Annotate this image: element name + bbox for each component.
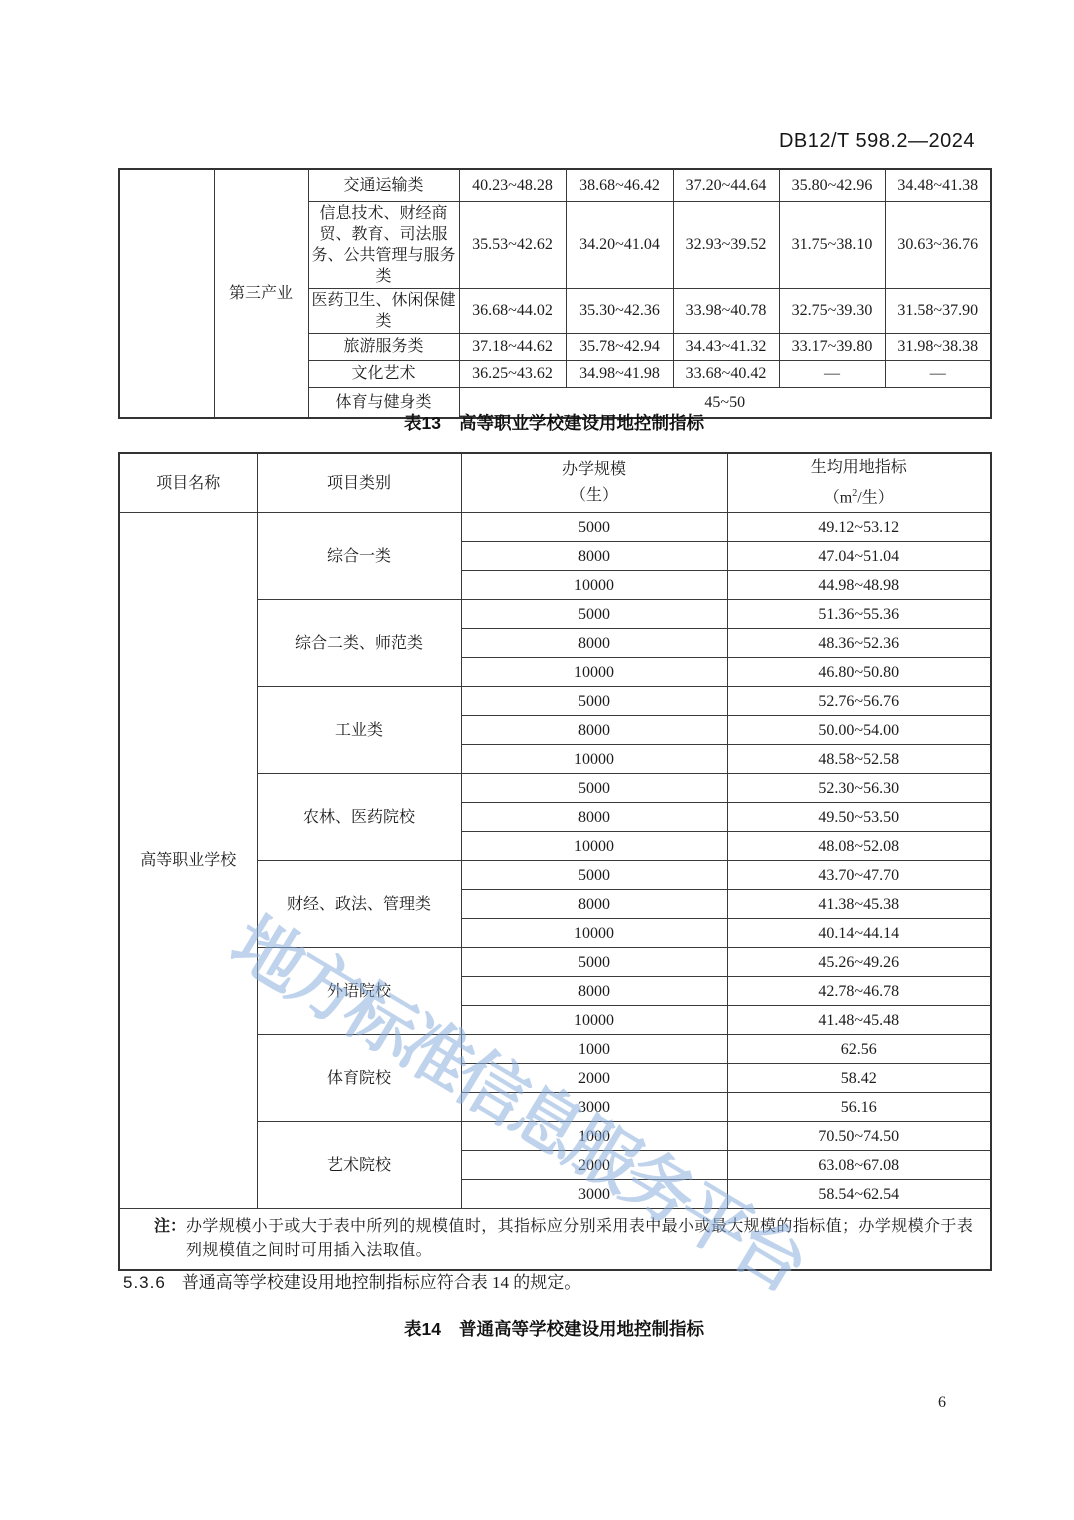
scale-cell: 8000 [461,890,727,919]
table-row: 高等职业学校综合一类500049.12~53.12 [119,513,991,542]
scale-cell: 8000 [461,629,727,658]
scale-cell: 8000 [461,542,727,571]
value-cell: 36.25~43.62 [459,360,566,387]
header-land-per-student: 生均用地指标 （m2/生） [727,453,991,513]
document-code-header: DB12/T 598.2—2024 [779,130,975,153]
value-cell: 35.78~42.94 [566,333,673,360]
value-cell: 32.75~39.30 [779,288,885,333]
category-cell: 外语院校 [257,948,461,1035]
value-cell: 31.98~38.38 [885,333,991,360]
indicator-cell: 70.50~74.50 [727,1122,991,1151]
header-project-type: 项目类别 [257,453,461,513]
indicator-cell: 41.38~45.38 [727,890,991,919]
scale-cell: 10000 [461,745,727,774]
value-cell: 34.98~41.98 [566,360,673,387]
value-cell: 35.30~42.36 [566,288,673,333]
indicator-cell: 52.76~56.76 [727,687,991,716]
value-cell: 36.68~44.02 [459,288,566,333]
indicator-cell: 48.08~52.08 [727,832,991,861]
category-cell: 文化艺术 [308,360,459,387]
indicator-cell: 41.48~45.48 [727,1006,991,1035]
indicator-cell: 63.08~67.08 [727,1151,991,1180]
header-project-name: 项目名称 [119,453,257,513]
indicator-cell: 43.70~47.70 [727,861,991,890]
scale-cell: 10000 [461,832,727,861]
value-cell: 33.17~39.80 [779,333,885,360]
scale-cell: 3000 [461,1093,727,1122]
category-cell: 财经、政法、管理类 [257,861,461,948]
indicator-cell: 42.78~46.78 [727,977,991,1006]
value-cell: 33.98~40.78 [673,288,779,333]
category-cell: 综合二类、师范类 [257,600,461,687]
category-cell: 旅游服务类 [308,333,459,360]
indicator-cell: 46.80~50.80 [727,658,991,687]
scale-cell: 1000 [461,1035,727,1064]
page-number: 6 [938,1394,946,1412]
value-cell: 35.53~42.62 [459,201,566,288]
indicator-cell: 50.00~54.00 [727,716,991,745]
value-cell: 31.75~38.10 [779,201,885,288]
table13-header-row: 项目名称 项目类别 办学规模 （生） 生均用地指标 （m2/生） [119,453,991,513]
category-cell: 工业类 [257,687,461,774]
table13-higher-vocational-land-indicators: 项目名称 项目类别 办学规模 （生） 生均用地指标 （m2/生） 高等职业学校综… [118,452,992,1271]
note-line-2: 列规模值之间时可用插入法取值。 [186,1239,984,1263]
category-cell: 综合一类 [257,513,461,600]
scale-cell: 8000 [461,716,727,745]
indicator-cell: 51.36~55.36 [727,600,991,629]
value-cell: 31.58~37.90 [885,288,991,333]
note-label: 注： [154,1215,186,1239]
value-cell: 35.80~42.96 [779,169,885,201]
scale-cell: 10000 [461,658,727,687]
indicator-cell: 40.14~44.14 [727,919,991,948]
project-name-cell: 高等职业学校 [119,513,257,1209]
category-cell: 医药卫生、休闲保健类 [308,288,459,333]
indicator-cell: 48.58~52.58 [727,745,991,774]
table-note: 注： 办学规模小于或大于表中所列的规模值时，其指标应分别采用表中最小或最大规模的… [119,1209,991,1271]
value-cell: 40.23~48.28 [459,169,566,201]
value-cell: 33.68~40.42 [673,360,779,387]
scale-cell: 10000 [461,919,727,948]
indicator-cell: 58.42 [727,1064,991,1093]
clause-5-3-6: 5.3.6普通高等学校建设用地控制指标应符合表 14 的规定。 [123,1268,581,1293]
table13-caption: 表13高等职业学校建设用地控制指标 [118,410,990,435]
scale-cell: 3000 [461,1180,727,1209]
value-cell: 30.63~36.76 [885,201,991,288]
continuation-table-body: 第三产业交通运输类40.23~48.2838.68~46.4237.20~44.… [119,169,991,418]
value-cell: — [779,360,885,387]
scale-cell: 8000 [461,803,727,832]
value-cell: 34.43~41.32 [673,333,779,360]
indicator-cell: 49.50~53.50 [727,803,991,832]
clause-text: 普通高等学校建设用地控制指标应符合表 14 的规定。 [182,1273,582,1292]
note-line-1: 办学规模小于或大于表中所列的规模值时，其指标应分别采用表中最小或最大规模的指标值… [186,1215,984,1239]
scale-cell: 8000 [461,977,727,1006]
indicator-cell: 56.16 [727,1093,991,1122]
category-cell: 农林、医药院校 [257,774,461,861]
clause-number: 5.3.6 [123,1273,166,1292]
value-cell: 37.18~44.62 [459,333,566,360]
table14-caption: 表14普通高等学校建设用地控制指标 [118,1316,990,1341]
value-cell: — [885,360,991,387]
value-cell: 34.20~41.04 [566,201,673,288]
indicator-cell: 58.54~62.54 [727,1180,991,1209]
value-cell: 32.93~39.52 [673,201,779,288]
scale-cell: 5000 [461,600,727,629]
table14-caption-tag: 表14 [404,1319,441,1339]
indicator-cell: 45.26~49.26 [727,948,991,977]
indicator-cell: 49.12~53.12 [727,513,991,542]
scale-cell: 5000 [461,948,727,977]
scale-cell: 5000 [461,774,727,803]
scale-cell: 1000 [461,1122,727,1151]
category-cell: 体育院校 [257,1035,461,1122]
table13-body: 高等职业学校综合一类500049.12~53.12800047.04~51.04… [119,513,991,1209]
table13-note-row: 注： 办学规模小于或大于表中所列的规模值时，其指标应分别采用表中最小或最大规模的… [119,1209,991,1271]
indicator-cell: 48.36~52.36 [727,629,991,658]
value-cell: 34.48~41.38 [885,169,991,201]
category-cell: 艺术院校 [257,1122,461,1209]
group-label-third-industry: 第三产业 [214,169,308,418]
indicator-cell: 52.30~56.30 [727,774,991,803]
value-cell: 37.20~44.64 [673,169,779,201]
scale-cell: 2000 [461,1151,727,1180]
indicator-cell: 47.04~51.04 [727,542,991,571]
indicator-cell: 44.98~48.98 [727,571,991,600]
scale-cell: 10000 [461,571,727,600]
category-cell: 交通运输类 [308,169,459,201]
scale-cell: 5000 [461,861,727,890]
scale-cell: 5000 [461,687,727,716]
continued-empty-cell [119,169,214,418]
header-school-scale: 办学规模 （生） [461,453,727,513]
document-page: { "page": { "doc_code": "DB12/T 598.2—20… [0,0,1074,1520]
table14-caption-title: 普通高等学校建设用地控制指标 [459,1319,704,1339]
table-row: 第三产业交通运输类40.23~48.2838.68~46.4237.20~44.… [119,169,991,201]
scale-cell: 5000 [461,513,727,542]
scale-cell: 10000 [461,1006,727,1035]
table13-caption-title: 高等职业学校建设用地控制指标 [459,413,704,433]
table13-caption-tag: 表13 [404,413,441,433]
indicator-cell: 62.56 [727,1035,991,1064]
industry-indicator-table-continuation: 第三产业交通运输类40.23~48.2838.68~46.4237.20~44.… [118,168,992,419]
value-cell: 38.68~46.42 [566,169,673,201]
category-cell: 信息技术、财经商贸、教育、司法服务、公共管理与服务类 [308,201,459,288]
scale-cell: 2000 [461,1064,727,1093]
